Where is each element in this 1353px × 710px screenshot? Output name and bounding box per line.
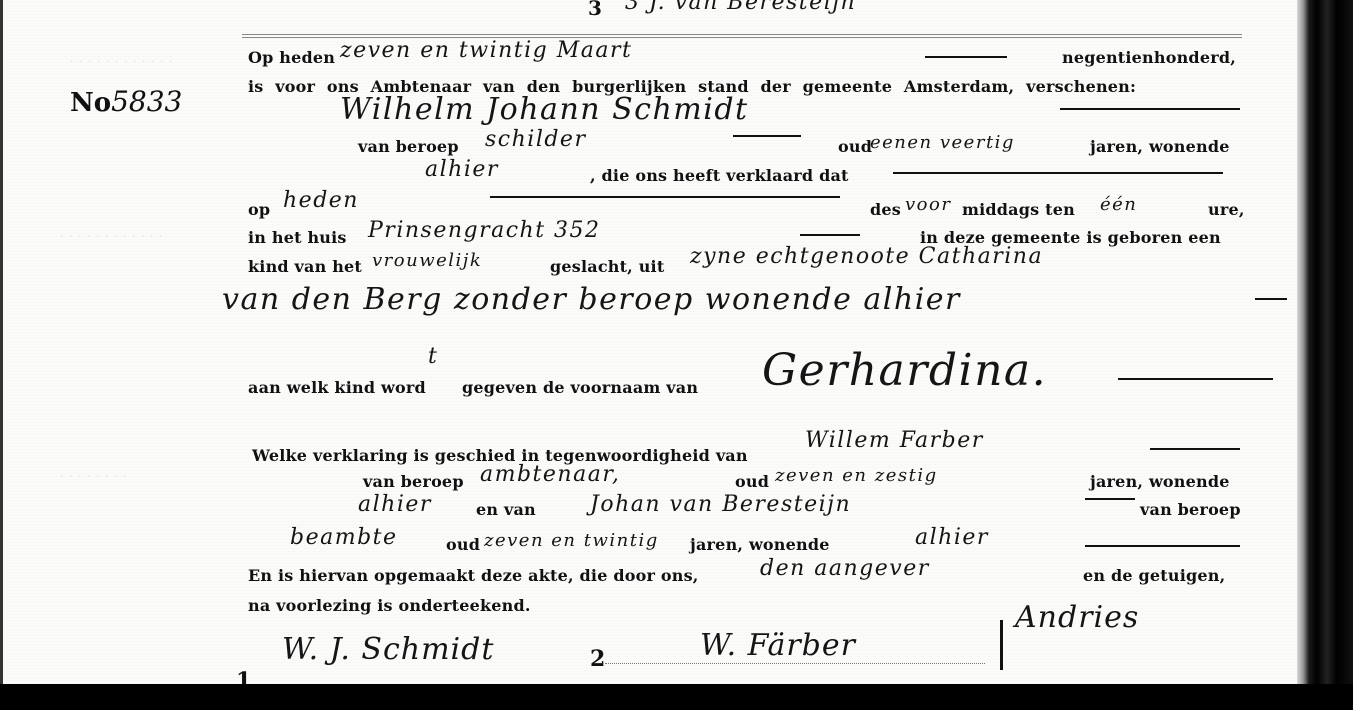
page-bottom-edge (0, 684, 1353, 710)
fill-line (1085, 498, 1135, 500)
printed-text: middags ten (962, 200, 1075, 219)
bleed-through-text: · · · · · · · · (60, 470, 127, 483)
fill-line (1118, 378, 1273, 380)
handwritten-hour: één (1100, 194, 1137, 215)
handwritten-witness1-residence: alhier (358, 492, 432, 517)
fill-line (1060, 108, 1240, 110)
handwritten-witness1-name: Willem Farber (805, 428, 984, 453)
signature-witness2: Andries (1015, 600, 1139, 635)
handwritten-declarant-name: Wilhelm Johann Schmidt (340, 92, 749, 127)
record-number-value: 5833 (111, 85, 182, 118)
signature-bracket (1000, 620, 1003, 670)
handwritten-sex: vrouwelijk (372, 250, 482, 271)
printed-text: geslacht, uit (550, 257, 664, 276)
printed-text: na voorlezing is onderteekend. (248, 596, 531, 615)
printed-text: negentienhonderd, (1062, 48, 1236, 67)
printed-text: des (870, 200, 901, 219)
printed-text: jaren, wonende (1090, 137, 1230, 156)
printed-text: jaren, wonende (1090, 472, 1230, 491)
signature-line (605, 663, 985, 664)
handwritten-witness2-occupation: beambte (290, 525, 398, 550)
printed-text: en van (476, 500, 536, 519)
signature-declarant: W. J. Schmidt (282, 632, 494, 667)
page-left-edge (0, 0, 3, 690)
handwritten-witness2-age: zeven en twintig (484, 530, 659, 551)
printed-text: jaren, wonende (690, 535, 830, 554)
printed-text: ure, (1208, 200, 1245, 219)
handwritten-day: heden (283, 188, 359, 213)
fill-line (1255, 298, 1287, 300)
signature-mark-2: 2 (590, 646, 605, 672)
document-page: · · · · · · · · · · · · · · · · · · · · … (0, 0, 1297, 690)
book-binding-edge (1297, 0, 1353, 710)
printed-text: oud (735, 472, 769, 491)
bleed-through-text: · · · · · · · · · · · · (70, 55, 173, 68)
printed-text: in het huis (248, 228, 347, 247)
handwritten-address: Prinsengracht 352 (368, 218, 601, 243)
handwritten-date: zeven en twintig Maart (340, 38, 632, 63)
printed-text: oud (838, 137, 872, 156)
printed-text: kind van het (248, 257, 362, 276)
printed-text: aan welk kind word (248, 378, 426, 397)
handwritten-child-name: Gerhardina. (762, 345, 1047, 396)
printed-text: Op heden (248, 48, 335, 67)
handwritten-witness2-name: Johan van Beresteijn (590, 492, 851, 517)
handwritten-mother-name-part1: zyne echtgenoote Catharina (690, 244, 1043, 269)
top-fragment-number: 3 (588, 0, 602, 20)
printed-text: gegeven de voornaam van (462, 378, 698, 397)
printed-text: en de getuigen, (1083, 566, 1225, 585)
handwritten-ampm: voor (905, 194, 951, 215)
printed-text: op (248, 200, 270, 219)
printed-text: van beroep (358, 137, 459, 156)
printed-text: , die ons heeft verklaard dat (590, 166, 849, 185)
fill-line (1085, 545, 1240, 547)
fill-line (925, 56, 1007, 58)
fill-line (490, 196, 840, 198)
fill-line (733, 135, 801, 137)
fill-line (800, 234, 860, 236)
signature-witness1: W. Färber (700, 628, 856, 663)
header-rule (242, 34, 1242, 35)
top-fragment-signature: 3 J. van Beresteijn (625, 0, 856, 15)
handwritten-occupation: schilder (485, 127, 586, 152)
printed-text: van beroep (363, 472, 464, 491)
handwritten-age: eenen veertig (870, 132, 1015, 153)
record-number: No5833 (70, 85, 182, 118)
printed-text: van beroep (1140, 500, 1241, 519)
record-number-prefix: No (70, 88, 111, 118)
handwritten-witness1-age: zeven en zestig (775, 465, 938, 486)
handwritten-residence: alhier (425, 157, 499, 182)
fill-line (1150, 448, 1240, 450)
handwritten-witness1-occupation: ambtenaar, (480, 462, 620, 487)
printed-text: oud (446, 535, 480, 554)
handwritten-mother-name-part2: van den Berg zonder beroep wonende alhie… (222, 282, 961, 317)
handwritten-declarant-role: den aangever (760, 556, 930, 581)
printed-text: En is hiervan opgemaakt deze akte, die d… (248, 566, 699, 585)
handwritten-correction: t (428, 344, 438, 369)
fill-line (893, 172, 1223, 174)
bleed-through-text: · · · · · · · · · · · · (60, 230, 163, 243)
handwritten-witness2-residence: alhier (915, 525, 989, 550)
